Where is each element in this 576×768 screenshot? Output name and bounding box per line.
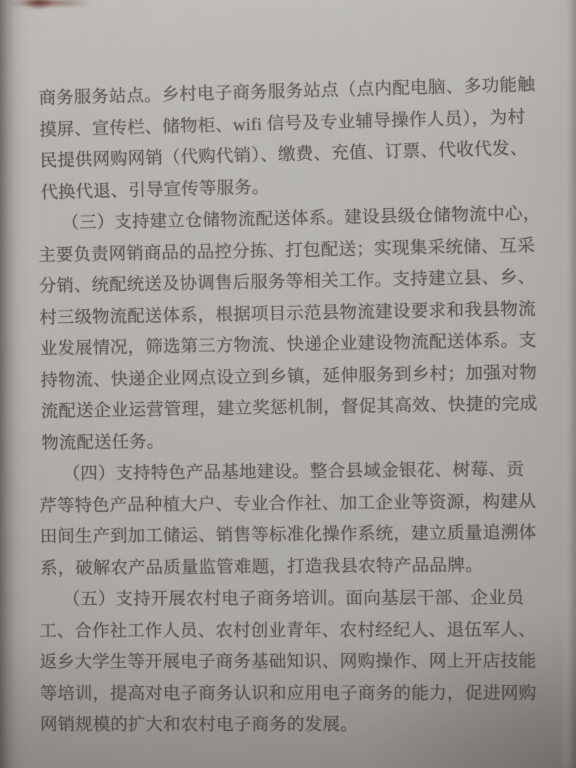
- paragraph-logistics-system: （三）支持建立仓储物流配送体系。建设县级仓储物流中心， 主要负责网销商品的品控分…: [38, 198, 544, 459]
- text-line: 芹等特色产品种植大户、专业合作社、加工企业等资源，构建从: [39, 485, 541, 521]
- text-line: 田间生产到加工储运、销售等标准化操作系统，建立质量追溯体: [40, 517, 542, 553]
- text-line: 工、合作社工作人员、农村创业青年、农村经纪人、退伍军人、: [39, 614, 541, 647]
- right-page-edge-highlight: [562, 0, 571, 768]
- text-line: 等培训，提高对电子商务认识和应用电子商务的能力，促进网购: [40, 677, 542, 709]
- document-photo: 商务服务站点。乡村电子商务服务站点（点内配电脑、多功能触 摸屏、宣传栏、储物柜、…: [0, 0, 576, 768]
- text-line: （四）支持特色产品基地建设。整合县域金银花、树莓、贡: [39, 454, 541, 490]
- dark-red-smudge: [6, 0, 94, 6]
- text-line: 返乡大学生等开展电子商务基础知识、网购操作、网上开店技能: [40, 646, 542, 678]
- text-line: 系，破解农产品质量监管难题，打造我县农特产品品牌。: [40, 549, 542, 584]
- paragraph-product-base: （四）支持特色产品基地建设。整合县域金银花、树莓、贡 芹等特色产品种植大户、专业…: [39, 454, 542, 584]
- document-text: 商务服务站点。乡村电子商务服务站点（点内配电脑、多功能触 摸屏、宣传栏、储物柜、…: [40, 79, 542, 745]
- dark-red-mark: [24, 0, 54, 10]
- right-page-edge-shadow: [558, 0, 576, 768]
- paragraph-service-stations: 商务服务站点。乡村电子商务服务站点（点内配电脑、多功能触 摸屏、宣传栏、储物柜、…: [38, 69, 542, 208]
- text-line: 网销规模的扩大和农村电子商务的发展。: [40, 709, 542, 741]
- paragraph-ecommerce-training: （五）支持开展农村电子商务培训。面向基层干部、企业员 工、合作社工作人员、农村创…: [39, 582, 542, 740]
- text-line: （五）支持开展农村电子商务培训。面向基层干部、企业员: [39, 582, 541, 615]
- left-page-edge-shadow: [0, 0, 30, 768]
